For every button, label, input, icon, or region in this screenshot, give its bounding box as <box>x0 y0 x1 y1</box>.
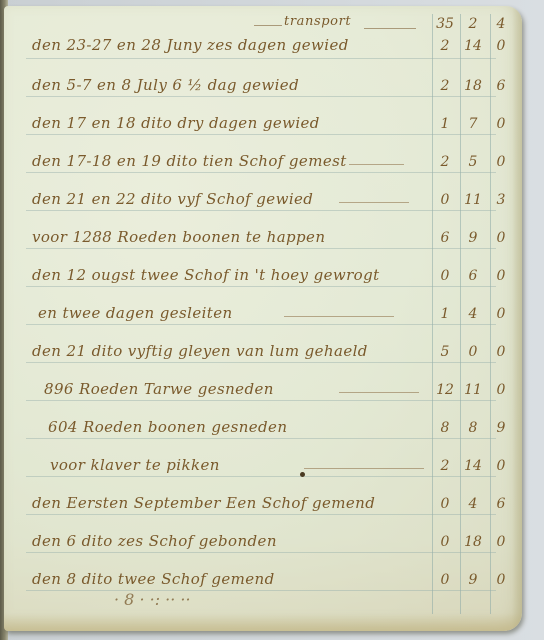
entry-stuivers: 8 <box>461 420 485 436</box>
entry-penningen: 0 <box>492 572 510 588</box>
entry-stuivers: 18 <box>461 78 485 94</box>
entry-penningen: 9 <box>492 420 510 436</box>
ledger-entry: den 17-18 en 19 dito tien Schof gemest 2… <box>4 144 522 174</box>
entry-stuivers: 5 <box>461 154 485 170</box>
entry-description: den 21 en 22 dito vyf Schof gewied <box>32 190 313 208</box>
ledger-page: transport 35 2 4 den 23-27 en 28 Juny ze… <box>4 6 522 631</box>
entry-stuivers: 4 <box>461 496 485 512</box>
entry-description: den Eersten September Een Schof gemend <box>32 494 375 512</box>
entry-guilders: 12 <box>434 382 456 398</box>
ruled-line <box>26 58 496 59</box>
entry-stuivers: 14 <box>461 38 485 54</box>
fill-line <box>284 316 394 317</box>
entry-description: voor klaver te pikken <box>50 456 220 474</box>
entry-description: en twee dagen gesleiten <box>38 304 233 322</box>
entry-penningen: 0 <box>492 268 510 284</box>
entry-guilders: 0 <box>434 192 456 208</box>
entry-guilders: 6 <box>434 230 456 246</box>
scanned-ledger-image: transport 35 2 4 den 23-27 en 28 Juny ze… <box>0 0 544 640</box>
entry-stuivers: 11 <box>461 382 485 398</box>
fill-line <box>339 392 419 393</box>
entry-description: voor 1288 Roeden boonen te happen <box>32 228 325 246</box>
entry-description: 896 Roeden Tarwe gesneden <box>44 380 274 398</box>
entry-penningen: 6 <box>492 496 510 512</box>
ledger-entry: den 21 en 22 dito vyf Schof gewied 0 11 … <box>4 182 522 212</box>
entry-stuivers: 18 <box>461 534 485 550</box>
entry-description: den 12 ougst twee Schof in 't hoey gewro… <box>32 266 380 284</box>
entry-guilders: 2 <box>434 458 456 474</box>
ledger-entry: den Eersten September Een Schof gemend 0… <box>4 486 522 516</box>
entry-guilders: 0 <box>434 572 456 588</box>
entry-penningen: 0 <box>492 38 510 54</box>
entry-penningen: 0 <box>492 154 510 170</box>
entry-penningen: 0 <box>492 458 510 474</box>
entry-penningen: 0 <box>492 344 510 360</box>
entry-stuivers: 9 <box>461 230 485 246</box>
entry-stuivers: 7 <box>461 116 485 132</box>
entry-guilders: 2 <box>434 38 456 54</box>
entry-guilders: 0 <box>434 534 456 550</box>
ledger-entry: den 12 ougst twee Schof in 't hoey gewro… <box>4 258 522 288</box>
entry-penningen: 3 <box>492 192 510 208</box>
ledger-entry: den 23-27 en 28 Juny zes dagen gewied 2 … <box>4 28 522 58</box>
entry-penningen: 0 <box>492 230 510 246</box>
entry-description: den 17-18 en 19 dito tien Schof gemest <box>32 152 347 170</box>
entry-guilders: 2 <box>434 154 456 170</box>
footer-scribble: · 8 · ·: ·· ·· <box>114 590 191 609</box>
entry-guilders: 5 <box>434 344 456 360</box>
ledger-entry: 896 Roeden Tarwe gesneden 12 11 0 <box>4 372 522 402</box>
entry-description: 604 Roeden boonen gesneden <box>48 418 287 436</box>
entry-stuivers: 14 <box>461 458 485 474</box>
ledger-entry: den 8 dito twee Schof gemend 0 9 0 <box>4 562 522 592</box>
entry-stuivers: 9 <box>461 572 485 588</box>
page-edge-shading <box>4 613 522 631</box>
entry-description: den 6 dito zes Schof gebonden <box>32 532 277 550</box>
entry-guilders: 1 <box>434 116 456 132</box>
entry-guilders: 1 <box>434 306 456 322</box>
fill-line <box>349 164 404 165</box>
entry-penningen: 6 <box>492 78 510 94</box>
entry-description: den 8 dito twee Schof gemend <box>32 570 275 588</box>
entry-guilders: 0 <box>434 268 456 284</box>
entry-description: den 23-27 en 28 Juny zes dagen gewied <box>32 36 349 54</box>
ledger-entry: voor 1288 Roeden boonen te happen 6 9 0 <box>4 220 522 250</box>
entry-stuivers: 4 <box>461 306 485 322</box>
ledger-entry: 604 Roeden boonen gesneden 8 8 9 <box>4 410 522 440</box>
ledger-entry: den 17 en 18 dito dry dagen gewied 1 7 0 <box>4 106 522 136</box>
entry-guilders: 0 <box>434 496 456 512</box>
entry-penningen: 0 <box>492 534 510 550</box>
fill-line <box>339 202 409 203</box>
entry-stuivers: 0 <box>461 344 485 360</box>
ledger-entry: den 21 dito vyftig gleyen van lum gehael… <box>4 334 522 364</box>
entry-stuivers: 6 <box>461 268 485 284</box>
entry-guilders: 2 <box>434 78 456 94</box>
ledger-entry: voor klaver te pikken 2 14 0 <box>4 448 522 478</box>
ledger-entry: den 6 dito zes Schof gebonden 0 18 0 <box>4 524 522 554</box>
entry-description: den 21 dito vyftig gleyen van lum gehael… <box>32 342 368 360</box>
entry-stuivers: 11 <box>461 192 485 208</box>
ledger-entry: en twee dagen gesleiten 1 4 0 <box>4 296 522 326</box>
entry-penningen: 0 <box>492 382 510 398</box>
entry-penningen: 0 <box>492 306 510 322</box>
entry-description: den 5-7 en 8 July 6 ½ dag gewied <box>32 76 299 94</box>
fill-line <box>304 468 424 469</box>
entry-description: den 17 en 18 dito dry dagen gewied <box>32 114 320 132</box>
ledger-entry: den 5-7 en 8 July 6 ½ dag gewied 2 18 6 <box>4 68 522 98</box>
entry-penningen: 0 <box>492 116 510 132</box>
entry-guilders: 8 <box>434 420 456 436</box>
ink-blot <box>300 472 305 477</box>
